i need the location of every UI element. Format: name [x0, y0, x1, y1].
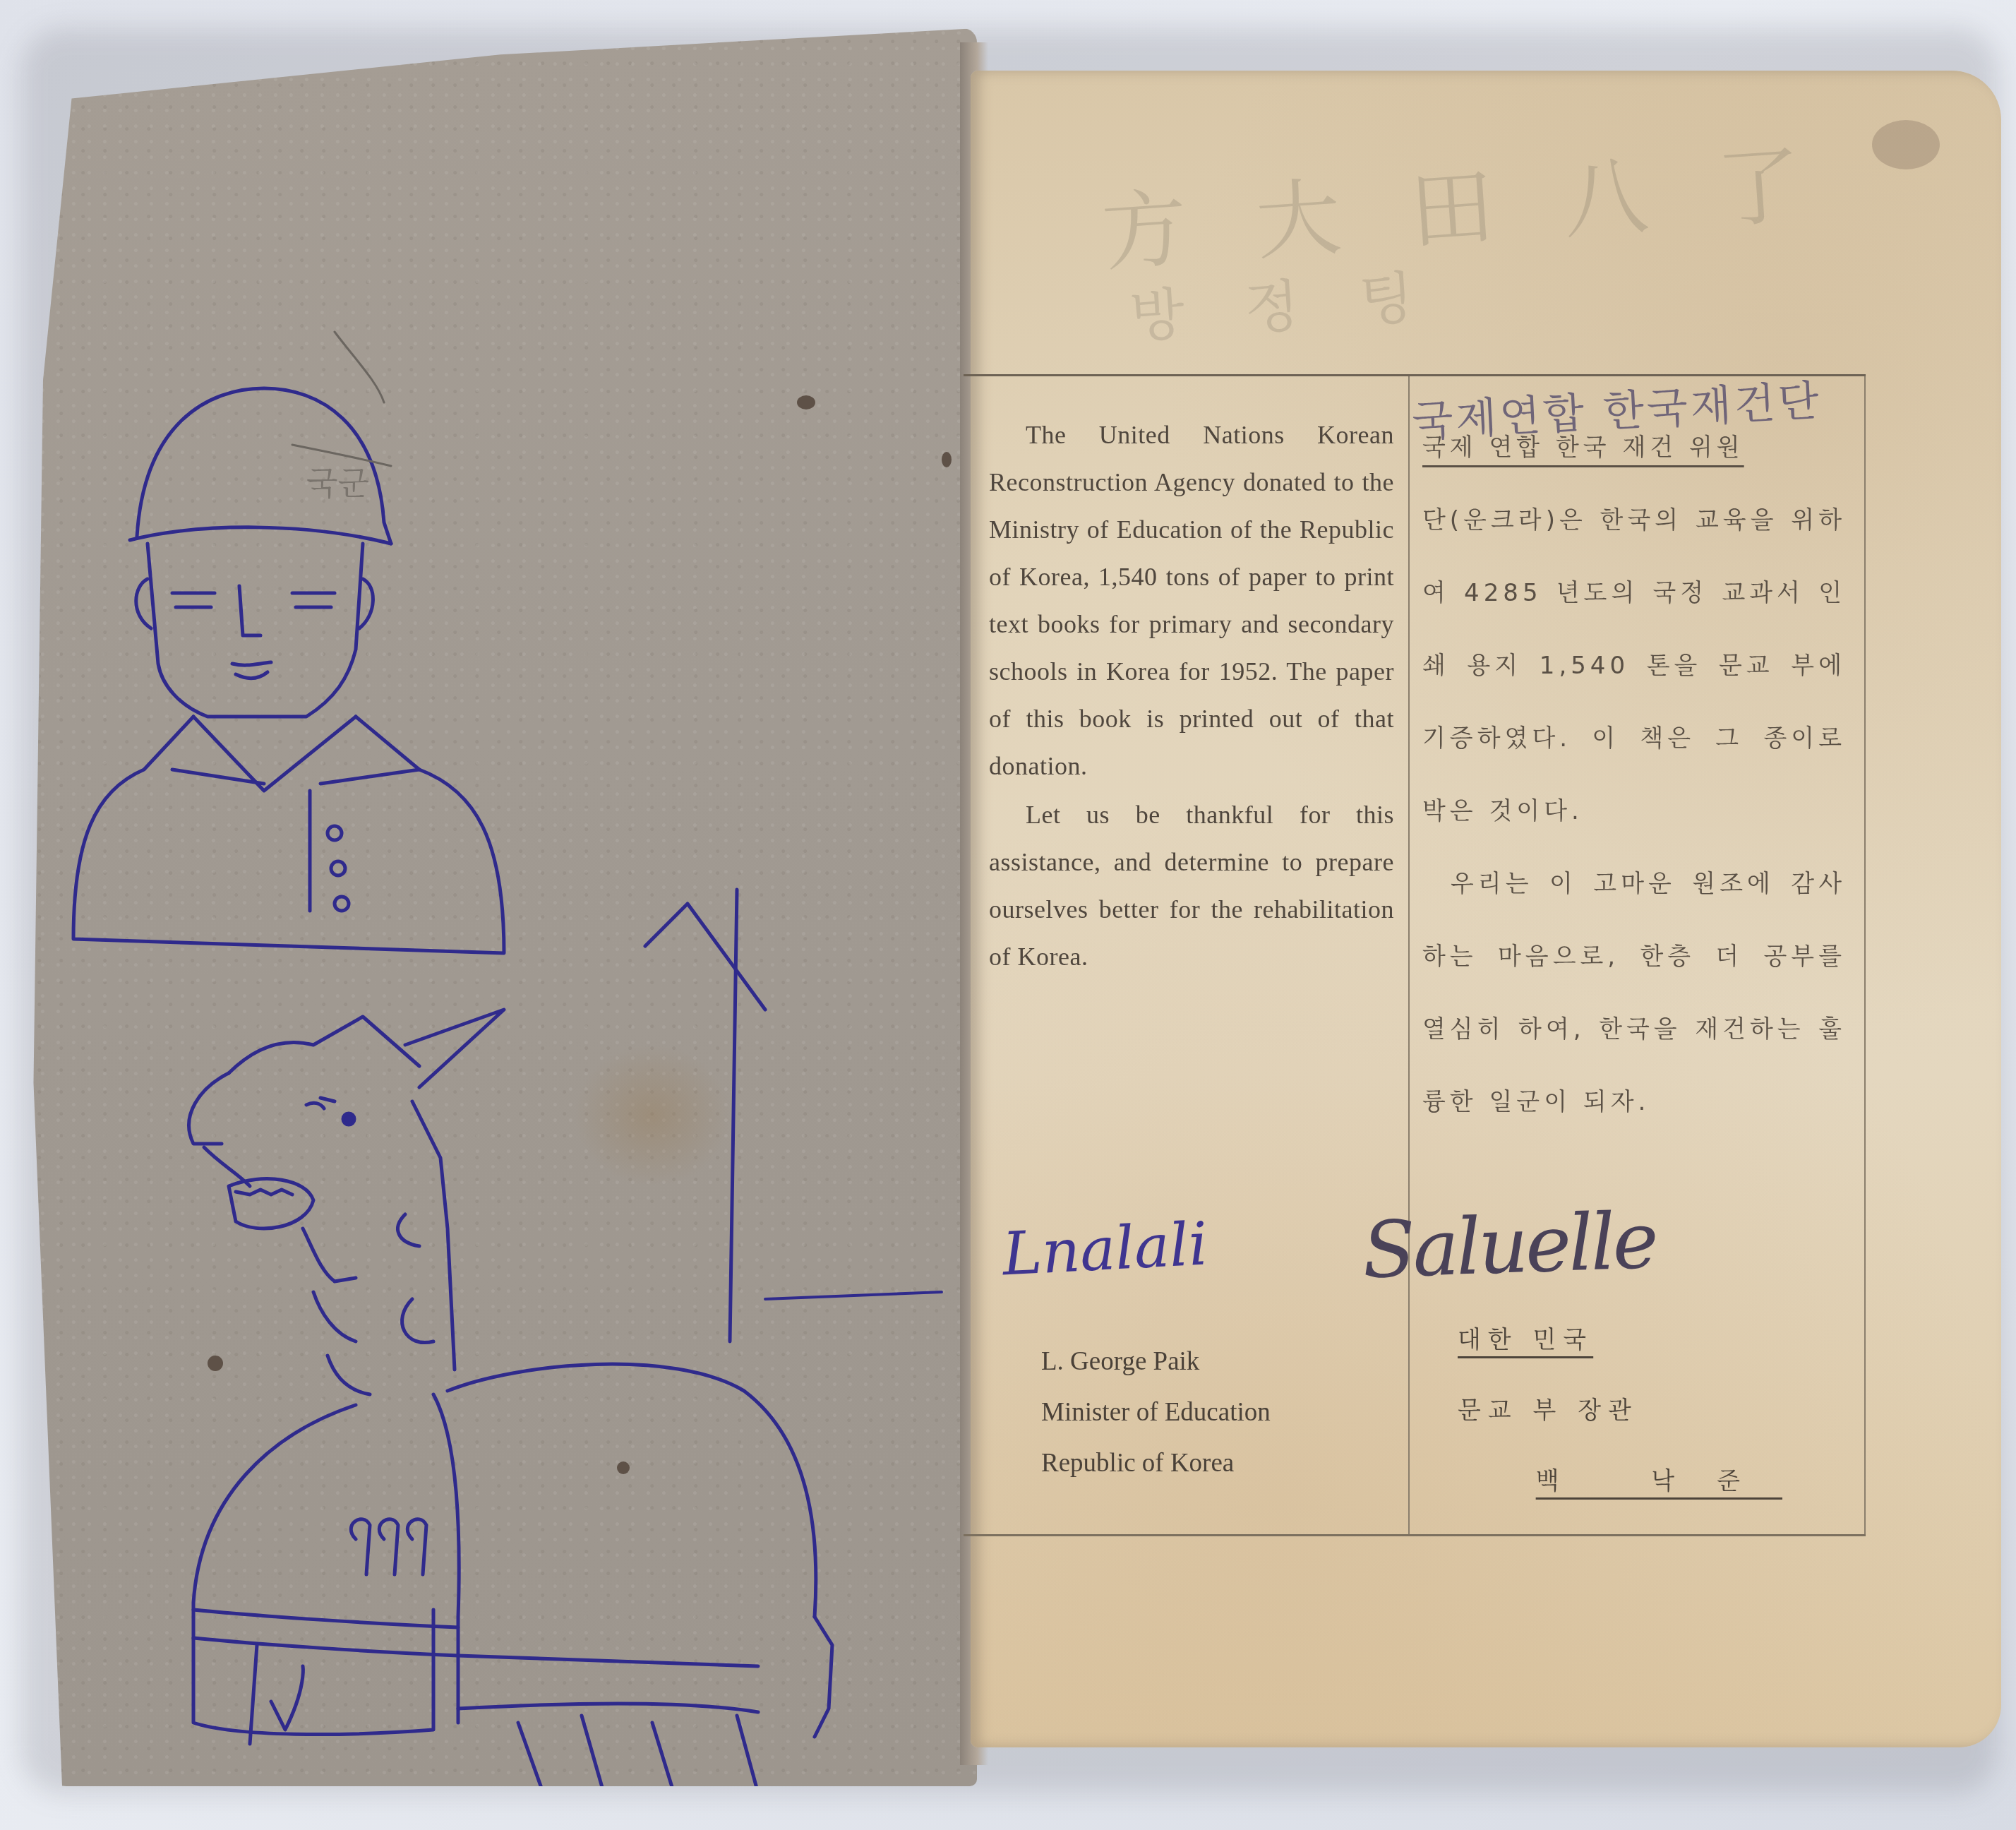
english-column: The United Nations Korean Reconstruction…	[989, 412, 1394, 981]
donation-notice: The United Nations Korean Reconstruction…	[964, 374, 1866, 1536]
korean-paragraph-1: 단(운크라)은 한국의 교육을 위하여 4285 년도의 국정 교과서 인쇄 용…	[1422, 484, 1846, 848]
frame-rule	[1864, 376, 1866, 1534]
folded-corner	[1872, 120, 1940, 169]
korean-title: 문교 부 장관	[1458, 1375, 1839, 1446]
helmet-brim	[130, 527, 391, 544]
english-paragraph-1: The United Nations Korean Reconstruction…	[989, 412, 1394, 790]
ink-doodles: 국군	[24, 28, 977, 1786]
korean-heading: 국제 연합 한국 재건 위원	[1422, 412, 1846, 484]
korean-paragraph-2: 우리는 이 고마운 원조에 감사하는 마음으로, 한층 더 공부를 열심히 하여…	[1422, 848, 1846, 1139]
korean-country: 대한 민국	[1458, 1305, 1839, 1375]
ink-signature-2: Saluelle	[1361, 1195, 1657, 1296]
english-paragraph-2: Let us be thankful for this assistance, …	[989, 791, 1394, 981]
minister-country: Republic of Korea	[1041, 1438, 1394, 1489]
column-divider	[1408, 376, 1410, 1534]
korean-column: 국제 연합 한국 재건 위원 단(운크라)은 한국의 교육을 위하여 4285 …	[1422, 412, 1846, 1139]
left-endpaper: 국군	[24, 28, 977, 1786]
korean-minister-name: 백 낙준	[1458, 1446, 1839, 1517]
minister-name: L. George Paik	[1041, 1336, 1394, 1387]
korean-signature-block: 대한 민국 문교 부 장관 백 낙준	[1458, 1305, 1839, 1517]
minister-title: Minister of Education	[1041, 1387, 1394, 1438]
svg-text:국군: 국군	[306, 464, 369, 502]
ink-signature-1: Lnalali	[1001, 1209, 1209, 1288]
english-signature-block: L. George Paik Minister of Education Rep…	[1041, 1336, 1394, 1489]
